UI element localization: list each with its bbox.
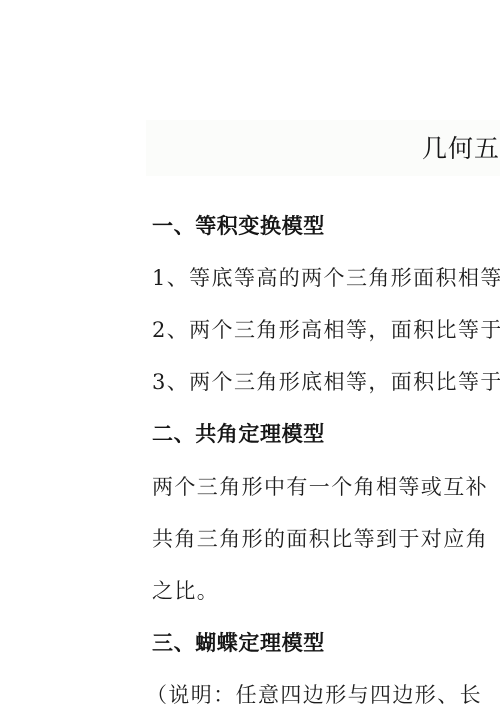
section-heading-1: 一、等积变换模型 xyxy=(152,211,325,241)
section-1-line-2: 2、两个三角形高相等，面积比等于 xyxy=(152,315,500,345)
section-3-line-1: （说明：任意四边形与四边形、长 xyxy=(146,680,482,708)
section-1-line-1: 1、等底等高的两个三角形面积相等 xyxy=(152,263,500,293)
section-2-line-2: 共角三角形的面积比等到于对应角 xyxy=(152,524,488,554)
section-heading-3: 三、蝴蝶定理模型 xyxy=(152,628,325,658)
document-page: 几何五 一、等积变换模型 1、等底等高的两个三角形面积相等 2、两个三角形高相等… xyxy=(0,0,500,708)
section-1-line-3: 3、两个三角形底相等，面积比等于 xyxy=(152,367,500,397)
section-2-line-1: 两个三角形中有一个角相等或互补 xyxy=(152,472,488,502)
document-title: 几何五 xyxy=(422,131,500,167)
section-2-line-3: 之比。 xyxy=(152,576,219,606)
section-heading-2: 二、共角定理模型 xyxy=(152,419,325,449)
